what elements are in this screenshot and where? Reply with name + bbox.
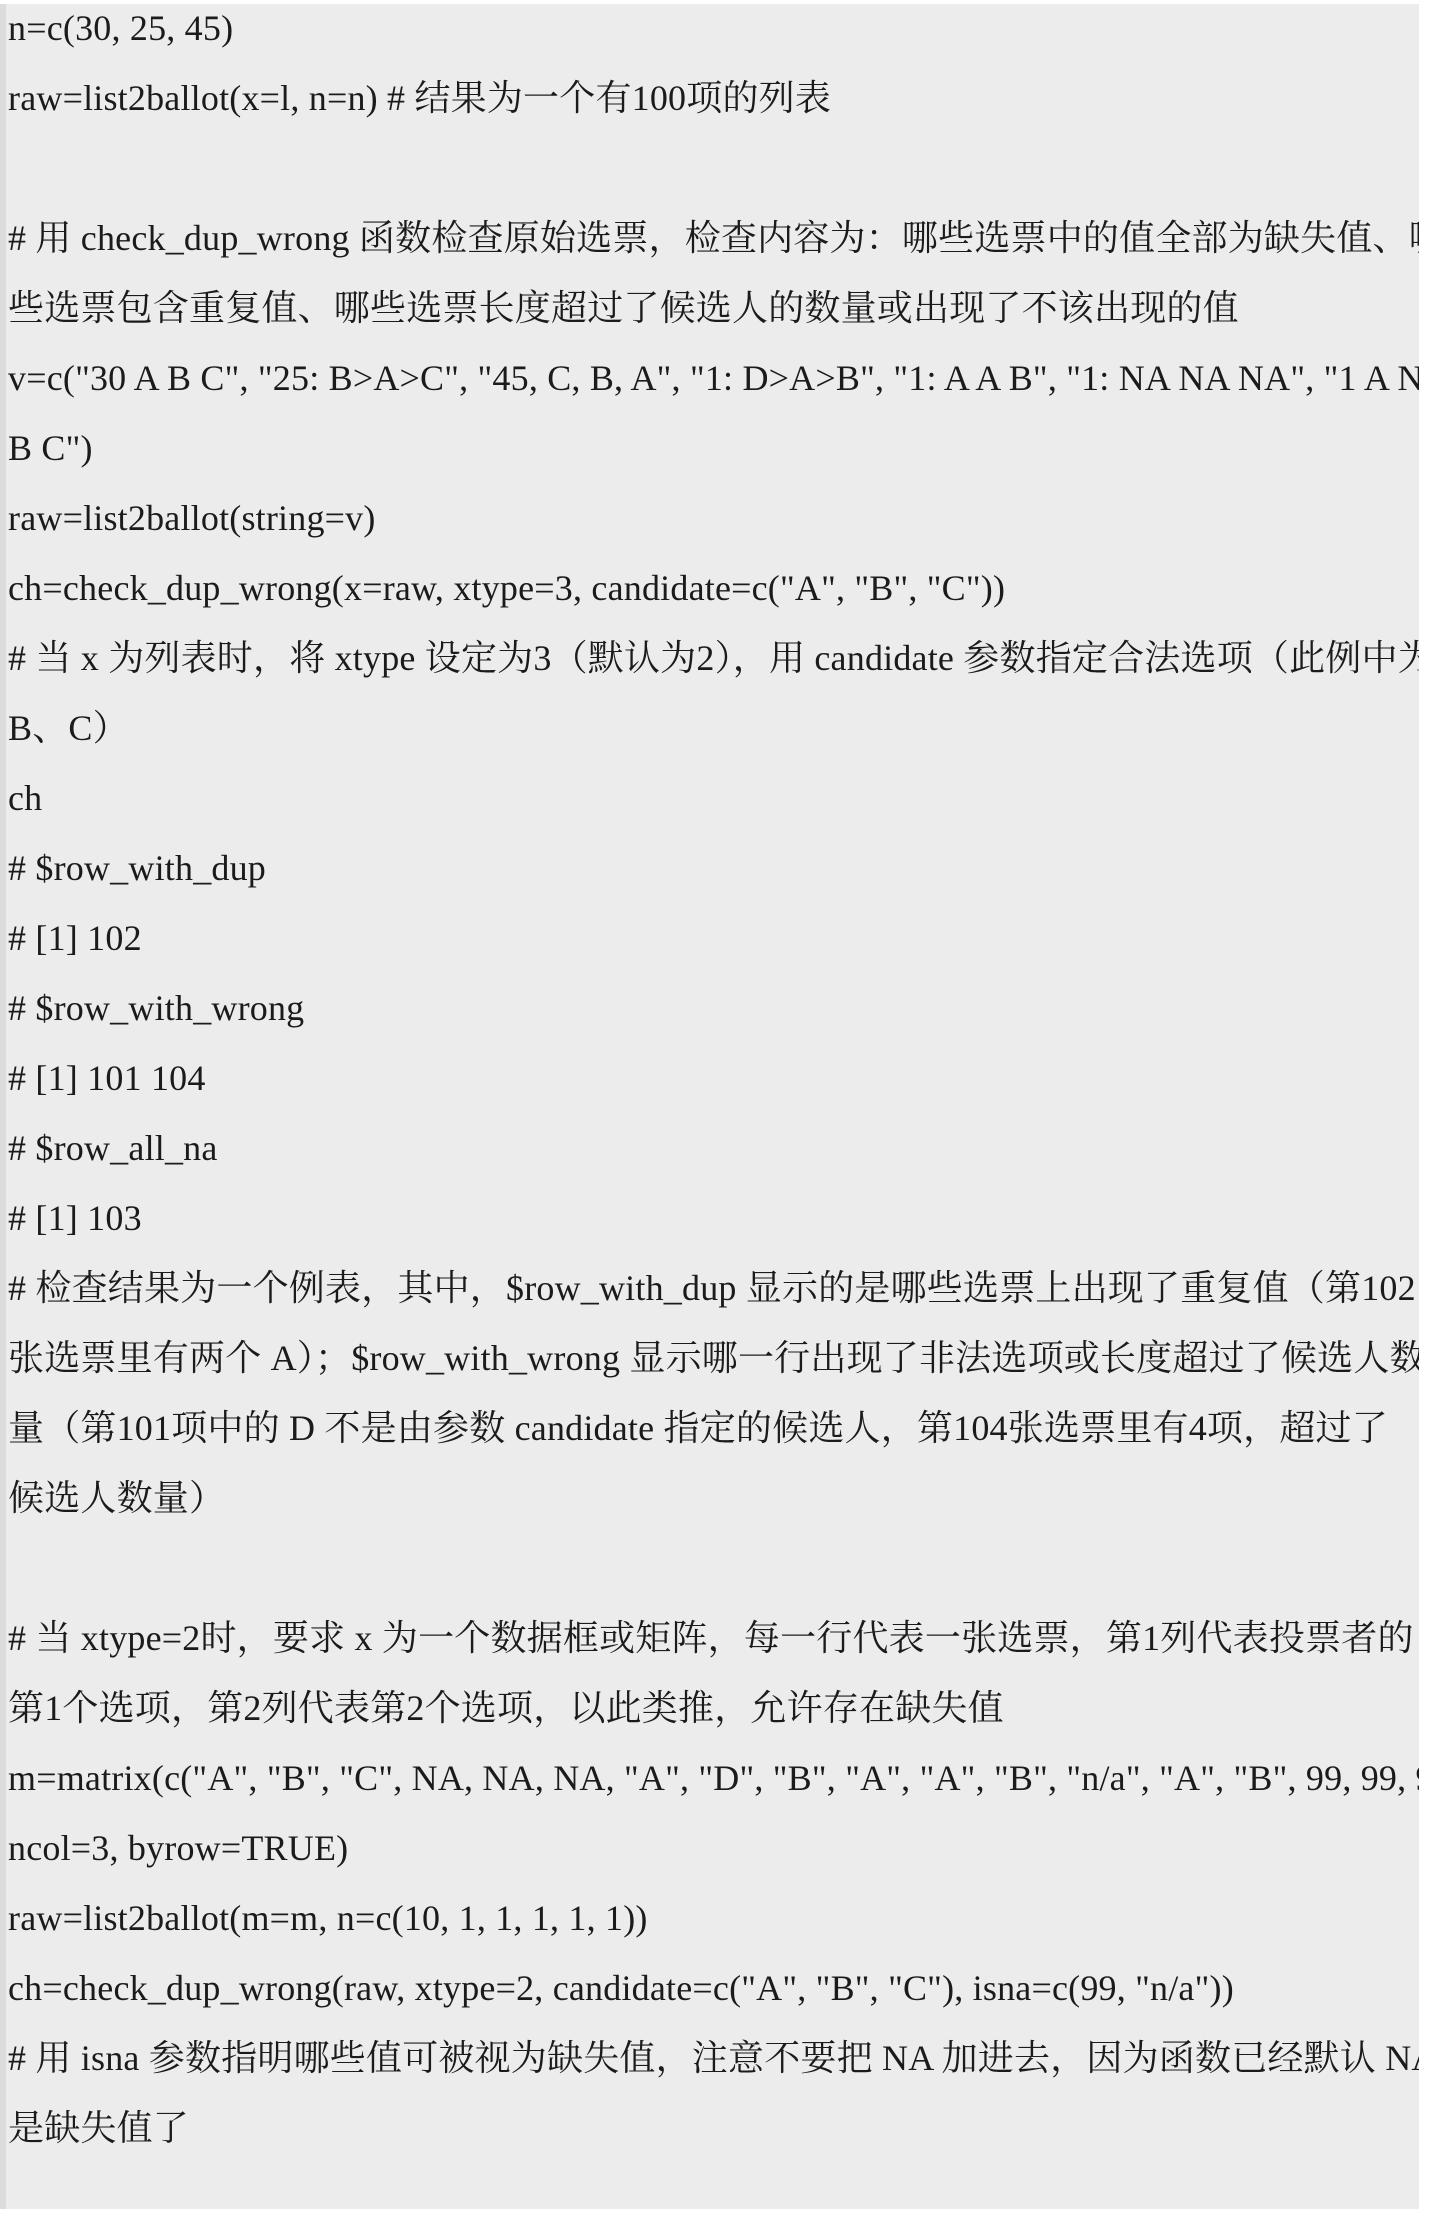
text-line: 张选票里有两个 A）；$row_with_wrong 显示哪一行出现了非法选项或…	[8, 1323, 1419, 1393]
text-line: 第1个选项，第2列代表第2个选项，以此类推，允许存在缺失值	[8, 1673, 1419, 1743]
text-line: ch=check_dup_wrong(x=raw, xtype=3, candi…	[8, 553, 1419, 623]
text-line: ch=check_dup_wrong(raw, xtype=2, candida…	[8, 1953, 1419, 2023]
blank-line	[8, 1533, 1419, 1603]
text-line: # [1] 101 104	[8, 1043, 1419, 1113]
text-line: raw=list2ballot(m=m, n=c(10, 1, 1, 1, 1,…	[8, 1883, 1419, 1953]
text-line: ncol=3, byrow=TRUE)	[8, 1813, 1419, 1883]
text-line: # $row_all_na	[8, 1113, 1419, 1183]
text-line: raw=list2ballot(string=v)	[8, 483, 1419, 553]
page-left-edge-shading	[0, 4, 6, 2209]
text-line: 量（第101项中的 D 不是由参数 candidate 指定的候选人，第104张…	[8, 1393, 1419, 1463]
text-line: # 当 x 为列表时，将 xtype 设定为3（默认为2），用 candidat…	[8, 623, 1419, 693]
text-line: # 用 check_dup_wrong 函数检查原始选票，检查内容为：哪些选票中…	[8, 203, 1419, 273]
text-line: 些选票包含重复值、哪些选票长度超过了候选人的数量或出现了不该出现的值	[8, 273, 1419, 343]
text-line: 候选人数量）	[8, 1463, 1419, 1533]
document-text: n=c(30, 25, 45) raw=list2ballot(x=l, n=n…	[8, 4, 1419, 2163]
text-line: # 检查结果为一个例表，其中，$row_with_dup 显示的是哪些选票上出现…	[8, 1253, 1419, 1323]
text-line: # [1] 103	[8, 1183, 1419, 1253]
text-line: # 当 xtype=2时，要求 x 为一个数据框或矩阵，每一行代表一张选票，第1…	[8, 1603, 1419, 1673]
text-line: B C")	[8, 413, 1419, 483]
text-line: v=c("30 A B C", "25: B>A>C", "45, C, B, …	[8, 343, 1419, 413]
document-page: n=c(30, 25, 45) raw=list2ballot(x=l, n=n…	[0, 4, 1419, 2209]
blank-line	[8, 133, 1419, 203]
text-line: n=c(30, 25, 45)	[8, 4, 1419, 63]
text-line: # $row_with_dup	[8, 833, 1419, 903]
text-line: # $row_with_wrong	[8, 973, 1419, 1043]
text-line: 是缺失值了	[8, 2093, 1419, 2163]
text-line: raw=list2ballot(x=l, n=n) # 结果为一个有100项的列…	[8, 63, 1419, 133]
text-line: # [1] 102	[8, 903, 1419, 973]
text-line: # 用 isna 参数指明哪些值可被视为缺失值，注意不要把 NA 加进去，因为函…	[8, 2023, 1419, 2093]
text-line: m=matrix(c("A", "B", "C", NA, NA, NA, "A…	[8, 1743, 1419, 1813]
text-line: ch	[8, 763, 1419, 833]
text-line: B、C）	[8, 693, 1419, 763]
